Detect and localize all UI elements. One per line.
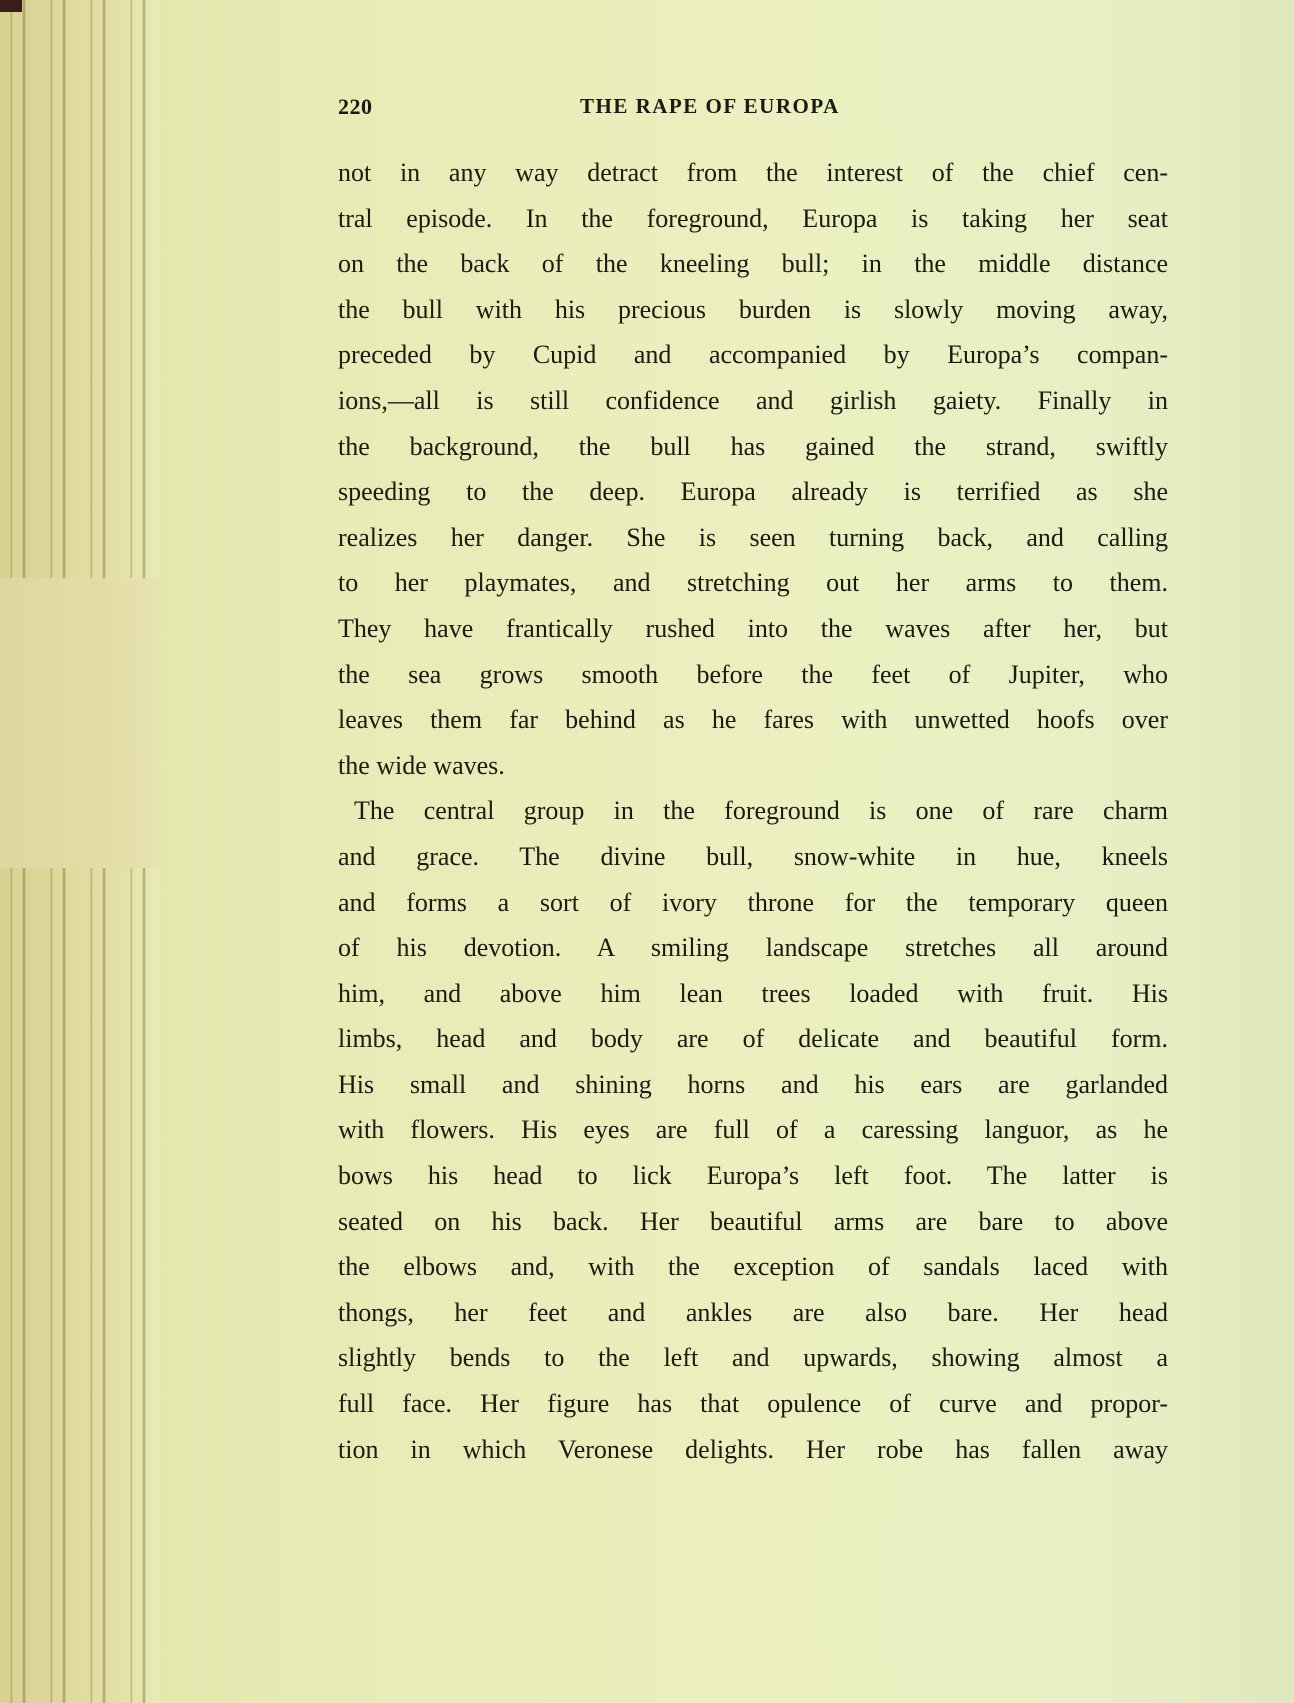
text-line: leaves them far behind as he fares with …	[338, 697, 1168, 743]
text-line: the sea grows smooth before the feet of …	[338, 652, 1168, 698]
text-line: tral episode. In the foreground, Europa …	[338, 196, 1168, 242]
text-line: realizes her danger. She is seen turning…	[338, 515, 1168, 561]
text-line: on the back of the kneeling bull; in the…	[338, 241, 1168, 287]
text-line: of his devotion. A smiling landscape str…	[338, 925, 1168, 971]
page-edges-gap	[0, 578, 160, 868]
paragraph-start-line: The central group in the foreground is o…	[338, 788, 1168, 834]
text-line: limbs, head and body are of delicate and…	[338, 1016, 1168, 1062]
text-line: and grace. The divine bull, snow-white i…	[338, 834, 1168, 880]
text-line: the elbows and, with the exception of sa…	[338, 1244, 1168, 1290]
running-title: THE RAPE OF EUROPA	[580, 94, 840, 119]
text-line: him, and above him lean trees loaded wit…	[338, 971, 1168, 1017]
text-line: speeding to the deep. Europa already is …	[338, 469, 1168, 515]
text-line: tion in which Veronese delights. Her rob…	[338, 1427, 1168, 1473]
text-line: full face. Her figure has that opulence …	[338, 1381, 1168, 1427]
text-line: preceded by Cupid and accompanied by Eur…	[338, 332, 1168, 378]
body-text: not in any way detract from the interest…	[338, 150, 1168, 1472]
text-line: not in any way detract from the interest…	[338, 150, 1168, 196]
text-line: the wide waves.	[338, 743, 1168, 789]
text-line: with flowers. His eyes are full of a car…	[338, 1107, 1168, 1153]
text-line: His small and shining horns and his ears…	[338, 1062, 1168, 1108]
text-line: and forms a sort of ivory throne for the…	[338, 880, 1168, 926]
running-head: 220 THE RAPE OF EUROPA	[338, 94, 1178, 124]
text-line: ions,—all is still confidence and girlis…	[338, 378, 1168, 424]
page-number: 220	[338, 94, 373, 120]
text-line: bows his head to lick Europa’s left foot…	[338, 1153, 1168, 1199]
text-line: the bull with his precious burden is slo…	[338, 287, 1168, 333]
text-line: seated on his back. Her beautiful arms a…	[338, 1199, 1168, 1245]
text-line: the background, the bull has gained the …	[338, 424, 1168, 470]
text-line: slightly bends to the left and upwards, …	[338, 1335, 1168, 1381]
text-line: to her playmates, and stretching out her…	[338, 560, 1168, 606]
corner-mark	[0, 0, 22, 12]
text-line: thongs, her feet and ankles are also bar…	[338, 1290, 1168, 1336]
text-line: They have frantically rushed into the wa…	[338, 606, 1168, 652]
